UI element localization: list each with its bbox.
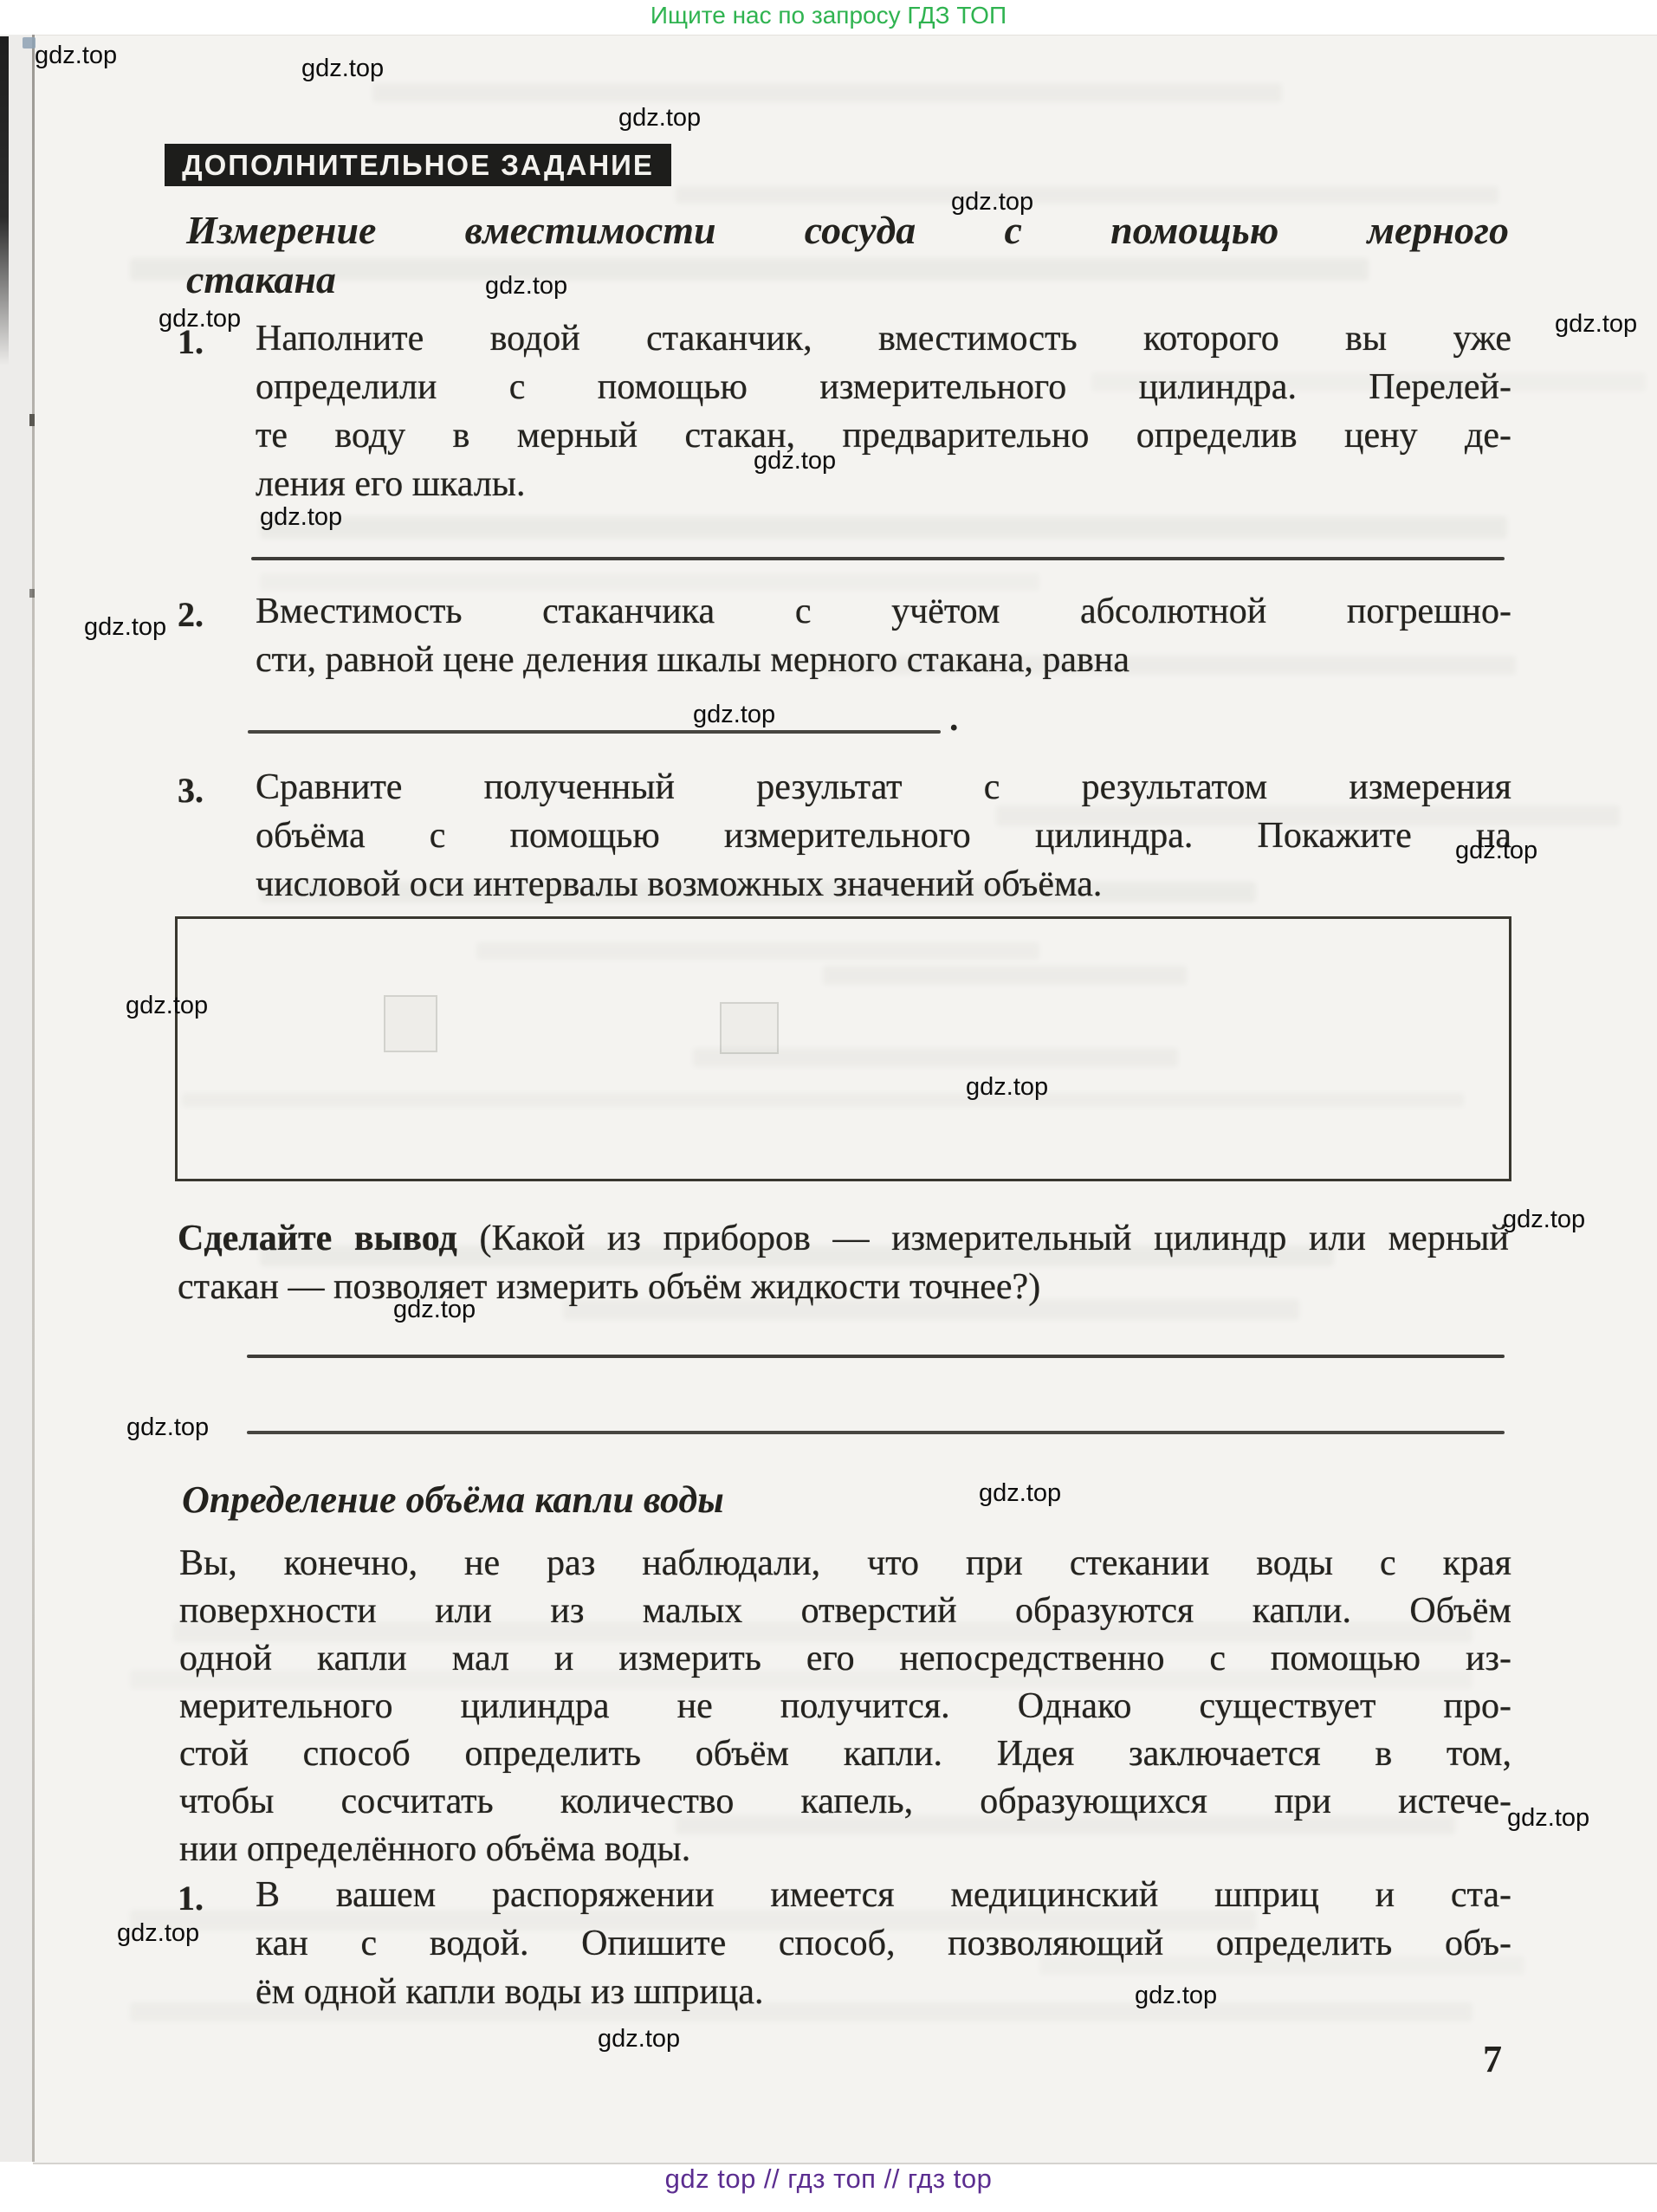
gdz-watermark: gdz.top [1507, 1804, 1589, 1833]
book-spine-shadow [0, 36, 9, 365]
text-line: Измерение вместимости сосуда с помощью м… [186, 205, 1509, 255]
gdz-watermark: gdz.top [35, 42, 117, 70]
text-line: Сравните полученный результат с результа… [256, 763, 1511, 812]
conclusion-line1: Сделайте вывод (Какой из приборов — изме… [178, 1214, 1509, 1263]
section2-title: Определение объёма капли воды [182, 1478, 724, 1522]
text-line: объёма с помощью измерительного цилиндра… [256, 812, 1511, 860]
section2-item1-number: 1. [178, 1878, 204, 1918]
bleed-ghost [372, 83, 1282, 102]
text-line: чтобы сосчитать количество капель, образ… [179, 1778, 1511, 1826]
gdz-watermark: gdz.top [126, 1413, 209, 1442]
text-line: Вместимость стаканчика с учётом абсолютн… [256, 587, 1511, 636]
item2-text: Вместимость стаканчика с учётом абсолютн… [256, 587, 1511, 684]
bleed-ghost [676, 186, 1498, 204]
page-fold-line [32, 35, 35, 2162]
scan-nick-artifact [29, 589, 35, 598]
text-line: стакана [186, 255, 1509, 304]
section2-intro: Вы, конечно, не раз наблюдали, что при с… [179, 1540, 1511, 1873]
answer-rule [247, 1355, 1505, 1358]
conclusion-text: Сделайте вывод (Какой из приборов — изме… [178, 1214, 1509, 1311]
footer-watermark-text: gdz top // гдз топ // гдз top [0, 2163, 1657, 2195]
text-line: стой способ определить объём капли. Идея… [179, 1730, 1511, 1778]
answer-rule-short [248, 730, 941, 734]
gdz-watermark: gdz.top [754, 447, 836, 475]
text-line: Вы, конечно, не раз наблюдали, что при с… [179, 1540, 1511, 1588]
item1-text: Наполните водой стаканчик, вместимость к… [256, 314, 1511, 508]
text-line: кан с водой. Опишите способ, позволяющий… [256, 1919, 1511, 1968]
page-number: 7 [1483, 2037, 1502, 2081]
gdz-watermark: gdz.top [117, 1919, 199, 1948]
bleed-ghost-square [720, 1002, 779, 1054]
section1-title: Измерение вместимости сосуда с помощью м… [186, 205, 1509, 304]
text-line: ления его шкалы. [256, 460, 1511, 508]
item3-number: 3. [178, 770, 204, 811]
gdz-watermark: gdz.top [1555, 310, 1637, 339]
scanned-workbook-page: Ищите нас по запросу ГДЗ ТОП ДОПОЛНИТЕЛЬ… [0, 0, 1657, 2212]
text-line: определили с помощью измерительного цили… [256, 363, 1511, 411]
promo-banner-text: Ищите нас по запросу ГДЗ ТОП [0, 2, 1657, 29]
drawing-answer-box [175, 916, 1511, 1181]
gdz-watermark: gdz.top [1455, 837, 1537, 865]
extra-task-badge: ДОПОЛНИТЕЛЬНОЕ ЗАДАНИЕ [165, 144, 671, 186]
gdz-watermark: gdz.top [979, 1479, 1061, 1508]
text-line: числовой оси интервалы возможных значени… [256, 860, 1511, 909]
text-line: нии определённого объёма воды. [179, 1826, 1511, 1873]
gdz-watermark: gdz.top [126, 992, 208, 1020]
scan-corner-artifact [23, 37, 36, 49]
item3-text: Сравните полученный результат с результа… [256, 763, 1511, 909]
conclusion-rest: (Какой из приборов — измерительный цилин… [457, 1219, 1509, 1258]
scan-nick-artifact [29, 414, 35, 426]
bleed-ghost [260, 516, 1507, 539]
gdz-watermark: gdz.top [618, 104, 701, 133]
item2-number: 2. [178, 594, 204, 635]
answer-rule [247, 1431, 1505, 1434]
gdz-watermark: gdz.top [159, 305, 241, 333]
gdz-watermark: gdz.top [260, 503, 342, 532]
gdz-watermark: gdz.top [1503, 1206, 1585, 1234]
text-line: Наполните водой стаканчик, вместимость к… [256, 314, 1511, 363]
conclusion-lead: Сделайте вывод [178, 1219, 457, 1258]
text-line: те воду в мерный стакан, предварительно … [256, 411, 1511, 460]
gdz-watermark: gdz.top [693, 701, 775, 729]
text-line: В вашем распоряжении имеется медицинский… [256, 1871, 1511, 1919]
gdz-watermark: gdz.top [485, 272, 567, 301]
answer-rule [251, 557, 1505, 560]
text-line: ём одной капли воды из шприца. [256, 1968, 1511, 2016]
gdz-watermark: gdz.top [393, 1296, 476, 1324]
gdz-watermark: gdz.top [951, 188, 1033, 217]
answer-period: . [949, 698, 959, 740]
gdz-watermark: gdz.top [966, 1073, 1048, 1102]
bleed-ghost-square [384, 995, 437, 1052]
gdz-watermark: gdz.top [598, 2025, 680, 2054]
text-line: мерительного цилиндра не получится. Одна… [179, 1683, 1511, 1730]
text-line: сти, равной цене деления шкалы мерного с… [256, 636, 1511, 684]
section2-item1-text: В вашем распоряжении имеется медицинский… [256, 1871, 1511, 2016]
conclusion-line2: стакан — позволяет измерить объём жидкос… [178, 1263, 1509, 1311]
text-line: поверхности или из малых отверстий образ… [179, 1588, 1511, 1635]
gdz-watermark: gdz.top [301, 55, 384, 83]
gdz-watermark: gdz.top [84, 613, 166, 642]
text-line: одной капли мал и измерить его непосредс… [179, 1635, 1511, 1683]
gdz-watermark: gdz.top [1135, 1982, 1217, 2010]
